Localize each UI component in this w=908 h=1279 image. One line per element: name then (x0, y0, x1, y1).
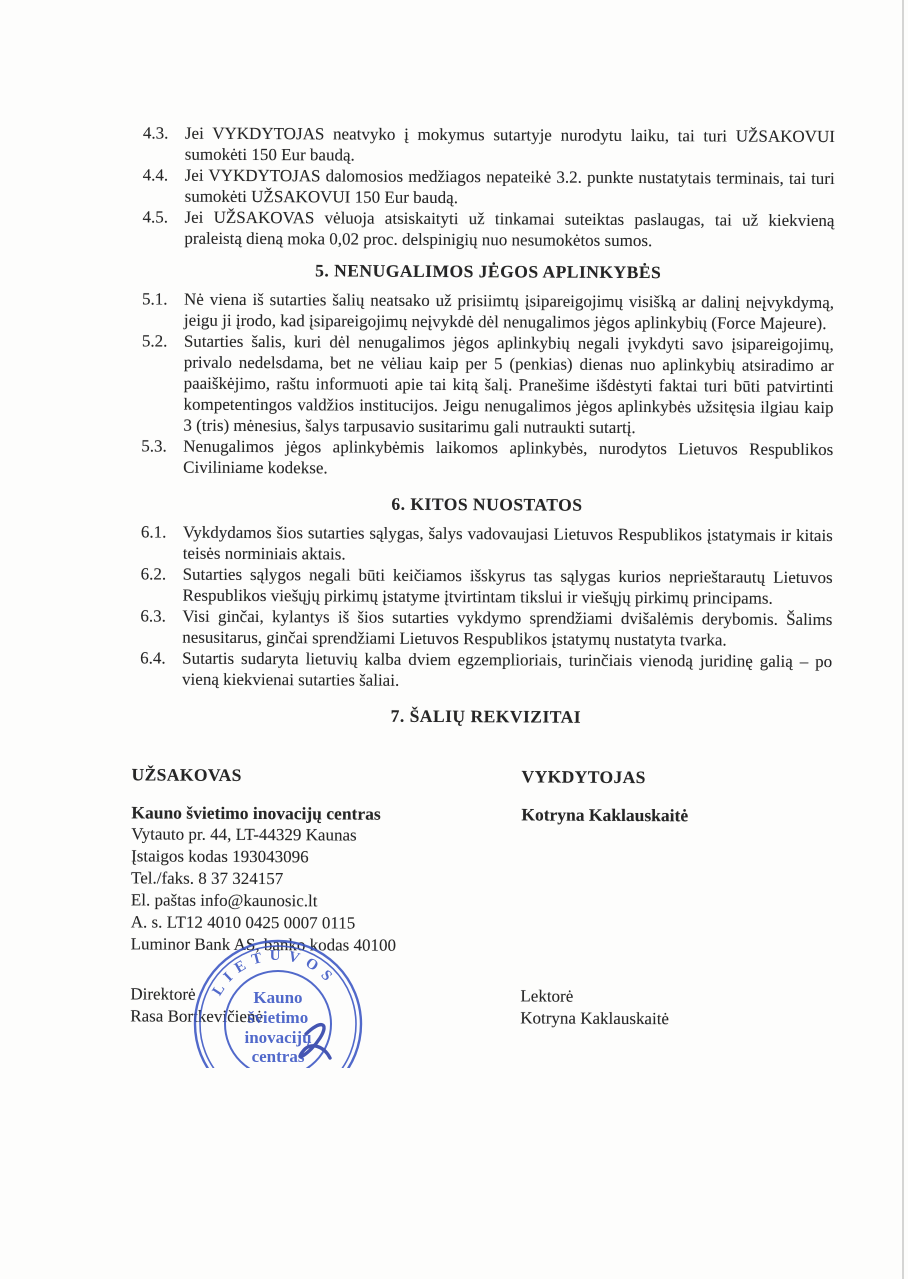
clause-item: 4.4. Jei VYKDYTOJAS dalomosios medžiagos… (143, 164, 835, 210)
clause-item: 5.1. Nė viena iš sutarties šalių neatsak… (142, 288, 834, 334)
party-detail-bank: Luminor Bank AS, banko kodas 40100 (131, 933, 521, 957)
party-detail-company-code: Įstaigos kodas 193043096 (131, 845, 521, 869)
signatory-title: Lektorė (520, 985, 830, 1009)
section-heading-7: 7. ŠALIŲ REKVIZITAI (140, 703, 832, 729)
clause-number: 4.3. (143, 122, 185, 164)
clause-text: Jei VYKDYTOJAS dalomosios medžiagos nepa… (185, 165, 835, 210)
clause-item: 6.2. Sutarties sąlygos negali būti keiči… (140, 563, 832, 609)
clause-number: 6.2. (140, 563, 182, 605)
clause-number: 5.3. (141, 435, 183, 477)
section-heading-6: 6. KITOS NUOSTATOS (141, 491, 833, 517)
clause-text: Vykdydamos šios sutarties sąlygas, šalys… (183, 522, 833, 567)
clause-number: 5.1. (142, 288, 184, 330)
signatories: Direktorė Rasa Bortkevičienė Lektorė Kot… (130, 983, 830, 1031)
signatory-title: Direktorė (130, 983, 520, 1007)
clause-text: Jei UŽSAKOVAS vėluoja atsiskaityti už ti… (184, 207, 834, 252)
signatory-left: Direktorė Rasa Bortkevičienė (130, 983, 520, 1029)
party-right: VYKDYTOJAS Kotryna Kaklauskaitė (521, 765, 832, 959)
party-role: UŽSAKOVAS (132, 763, 522, 787)
signatory-name: Kotryna Kaklauskaitė (520, 1007, 830, 1031)
clause-number: 4.4. (143, 164, 185, 206)
party-detail-email: El. paštas info@kaunosic.lt (131, 889, 521, 913)
clause-number: 6.1. (141, 521, 183, 563)
clause-number: 5.2. (141, 330, 184, 435)
clause-item: 4.3. Jei VYKDYTOJAS neatvyko į mokymus s… (143, 122, 835, 168)
document-body: 4.3. Jei VYKDYTOJAS neatvyko į mokymus s… (0, 0, 908, 1031)
stamp-line: centras (252, 1047, 305, 1066)
party-detail-address: Vytauto pr. 44, LT-44329 Kaunas (131, 823, 521, 847)
signatory-name: Rasa Bortkevičienė (130, 1005, 520, 1029)
signature-scribble (300, 1025, 330, 1058)
party-role: VYKDYTOJAS (522, 765, 832, 789)
party-detail-account: A. s. LT12 4010 0425 0007 0115 (131, 911, 521, 935)
stamp-line: inovacijų (244, 1028, 311, 1047)
clause-text: Jei VYKDYTOJAS neatvyko į mokymus sutart… (185, 123, 835, 168)
clause-text: Visi ginčai, kylantys iš šios sutarties … (182, 606, 832, 651)
party-name: Kotryna Kaklauskaitė (521, 803, 831, 827)
signatory-right: Lektorė Kotryna Kaklauskaitė (520, 985, 830, 1031)
section-heading-5: 5. NENUGALIMOS JĖGOS APLINKYBĖS (142, 258, 834, 284)
party-details: Vytauto pr. 44, LT-44329 Kaunas Įstaigos… (131, 823, 522, 957)
clause-item: 6.3. Visi ginčai, kylantys iš šios sutar… (140, 605, 832, 651)
clause-item: 5.3. Nenugalimos jėgos aplinkybėmis laik… (141, 435, 833, 481)
clause-number: 6.4. (140, 647, 182, 689)
clause-number: 4.5. (142, 206, 184, 248)
clause-number: 6.3. (140, 605, 182, 647)
clause-text: Sutarties sąlygos negali būti keičiamos … (182, 564, 832, 609)
scan-edge-line (902, 0, 904, 1279)
clause-item: 5.2. Sutarties šalis, kuri dėl nenugalim… (141, 330, 834, 439)
clause-item: 6.1. Vykdydamos šios sutarties sąlygas, … (141, 521, 833, 567)
clause-item: 6.4. Sutartis sudaryta lietuvių kalba dv… (140, 647, 832, 693)
scanned-contract-page: 4.3. Jei VYKDYTOJAS neatvyko į mokymus s… (0, 0, 908, 1279)
clause-item: 4.5. Jei UŽSAKOVAS vėluoja atsiskaityti … (142, 206, 834, 252)
clause-text: Nė viena iš sutarties šalių neatsako už … (184, 289, 834, 334)
party-detail-phone: Tel./faks. 8 37 324157 (131, 867, 521, 891)
clause-text: Sutartis sudaryta lietuvių kalba dviem e… (182, 648, 832, 693)
clause-text: Sutarties šalis, kuri dėl nenugalimos jė… (183, 331, 834, 439)
party-requisites: UŽSAKOVAS Kauno švietimo inovacijų centr… (131, 763, 832, 959)
clause-text: Nenugalimos jėgos aplinkybėmis laikomos … (183, 436, 833, 481)
party-name: Kauno švietimo inovacijų centras (131, 801, 521, 825)
party-left: UŽSAKOVAS Kauno švietimo inovacijų centr… (131, 763, 522, 957)
